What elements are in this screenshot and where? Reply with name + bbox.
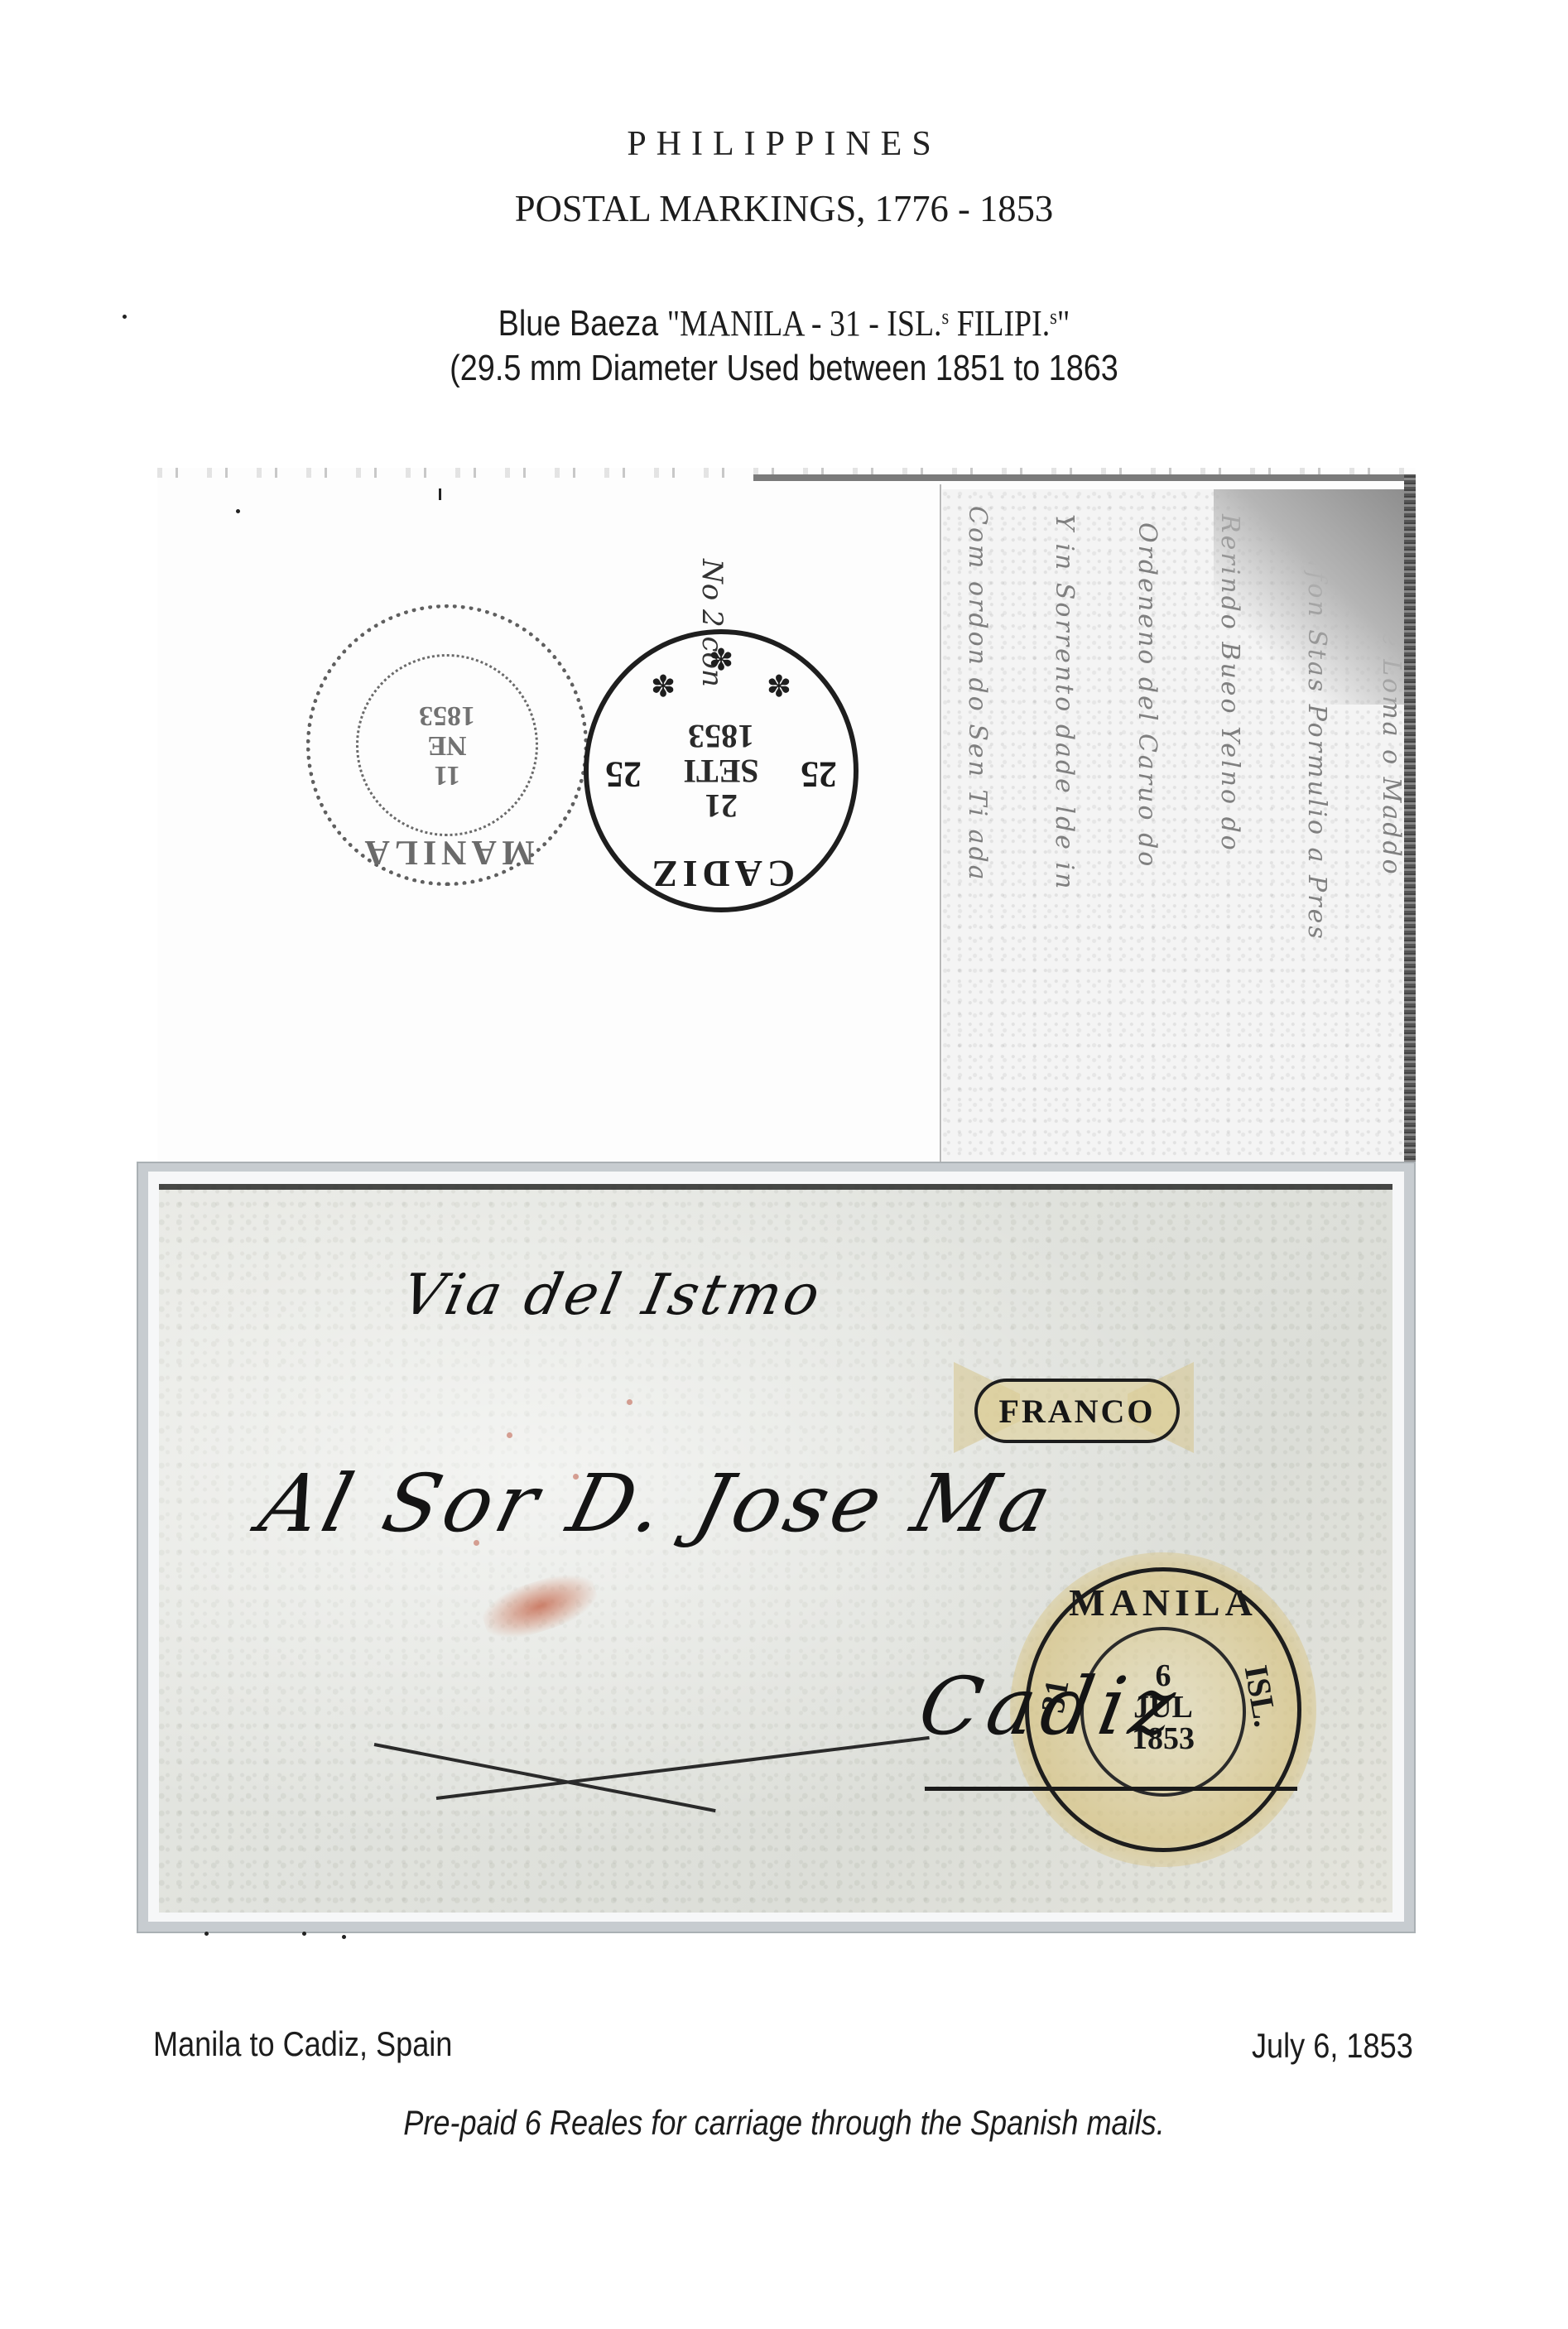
marking-name: "MANILA - 31 - ISL.s FILIPI.s" xyxy=(667,303,1070,344)
scan-speck xyxy=(204,1932,209,1936)
route-caption: Manila to Cadiz, Spain xyxy=(153,2024,452,2064)
cover-front-paper: Via del Istmo FRANCO MANILA 31 ISL. 6 JU… xyxy=(159,1184,1392,1913)
addressee: Al Sor D. Jose Ma xyxy=(251,1457,1065,1550)
city-underline xyxy=(925,1787,1297,1791)
letter-script-line: Com ordon do Sen Ti ada xyxy=(963,506,992,883)
red-ink-smudge xyxy=(477,1565,603,1648)
baeza-top-text: MANILA xyxy=(1010,1581,1316,1624)
cadiz-arrival-postmark: CADIZ 25 25 ✽ ✽ ✽ 21 SETI 1853 xyxy=(584,629,859,912)
marking-description: (29.5 mm Diameter Used between 1851 to 1… xyxy=(110,348,1459,389)
page-country-heading: PHILIPPINES xyxy=(0,124,1568,164)
scan-speck xyxy=(123,315,127,319)
date-caption: July 6, 1853 xyxy=(1252,2026,1413,2066)
scan-speck xyxy=(342,1935,346,1939)
cover-reverse-image: Com ordon do Sen Ti ada Y in Sorrento da… xyxy=(157,468,1416,1172)
cover-front-image: Via del Istmo FRANCO MANILA 31 ISL. 6 JU… xyxy=(137,1162,1416,1933)
postmark-date: 21 SETI 1853 xyxy=(683,719,758,823)
fold-line xyxy=(940,484,941,1172)
scan-shadow xyxy=(1214,489,1404,705)
cover-top-edge xyxy=(159,1184,1392,1190)
pen-flourish xyxy=(436,1736,930,1800)
page-subtitle: POSTAL MARKINGS, 1776 - 1853 xyxy=(23,186,1544,230)
franco-label: FRANCO xyxy=(974,1379,1180,1443)
postmark-date: 11 NE 1853 xyxy=(419,700,475,789)
scan-speck xyxy=(302,1932,306,1936)
franco-handstamp: FRANCO xyxy=(954,1345,1194,1470)
red-ink-speck xyxy=(627,1399,632,1405)
letter-frame-top xyxy=(753,474,1416,481)
red-ink-speck xyxy=(507,1432,512,1438)
scan-speck xyxy=(236,509,240,513)
manila-transit-postmark: MANILA 11 NE 1853 xyxy=(306,604,588,886)
star-ornament-icon: ✽ xyxy=(589,641,854,675)
letter-frame-right xyxy=(1404,474,1416,1172)
destination-city: Cadiz xyxy=(912,1660,1188,1753)
pen-flourish xyxy=(374,1743,716,1812)
letter-script-line: Ordeneno del Caruo do xyxy=(1133,522,1162,869)
scan-speck xyxy=(439,488,441,500)
marking-prefix: Blue Baeza xyxy=(498,303,667,344)
rate-note: Pre-paid 6 Reales for carriage through t… xyxy=(110,2103,1459,2143)
routing-instruction: Via del Istmo xyxy=(397,1263,829,1328)
letter-script-line: Y in Sorrento dade lde in xyxy=(1050,514,1079,891)
marking-title: Blue Baeza "MANILA - 31 - ISL.s FILIPI.s… xyxy=(110,302,1459,344)
